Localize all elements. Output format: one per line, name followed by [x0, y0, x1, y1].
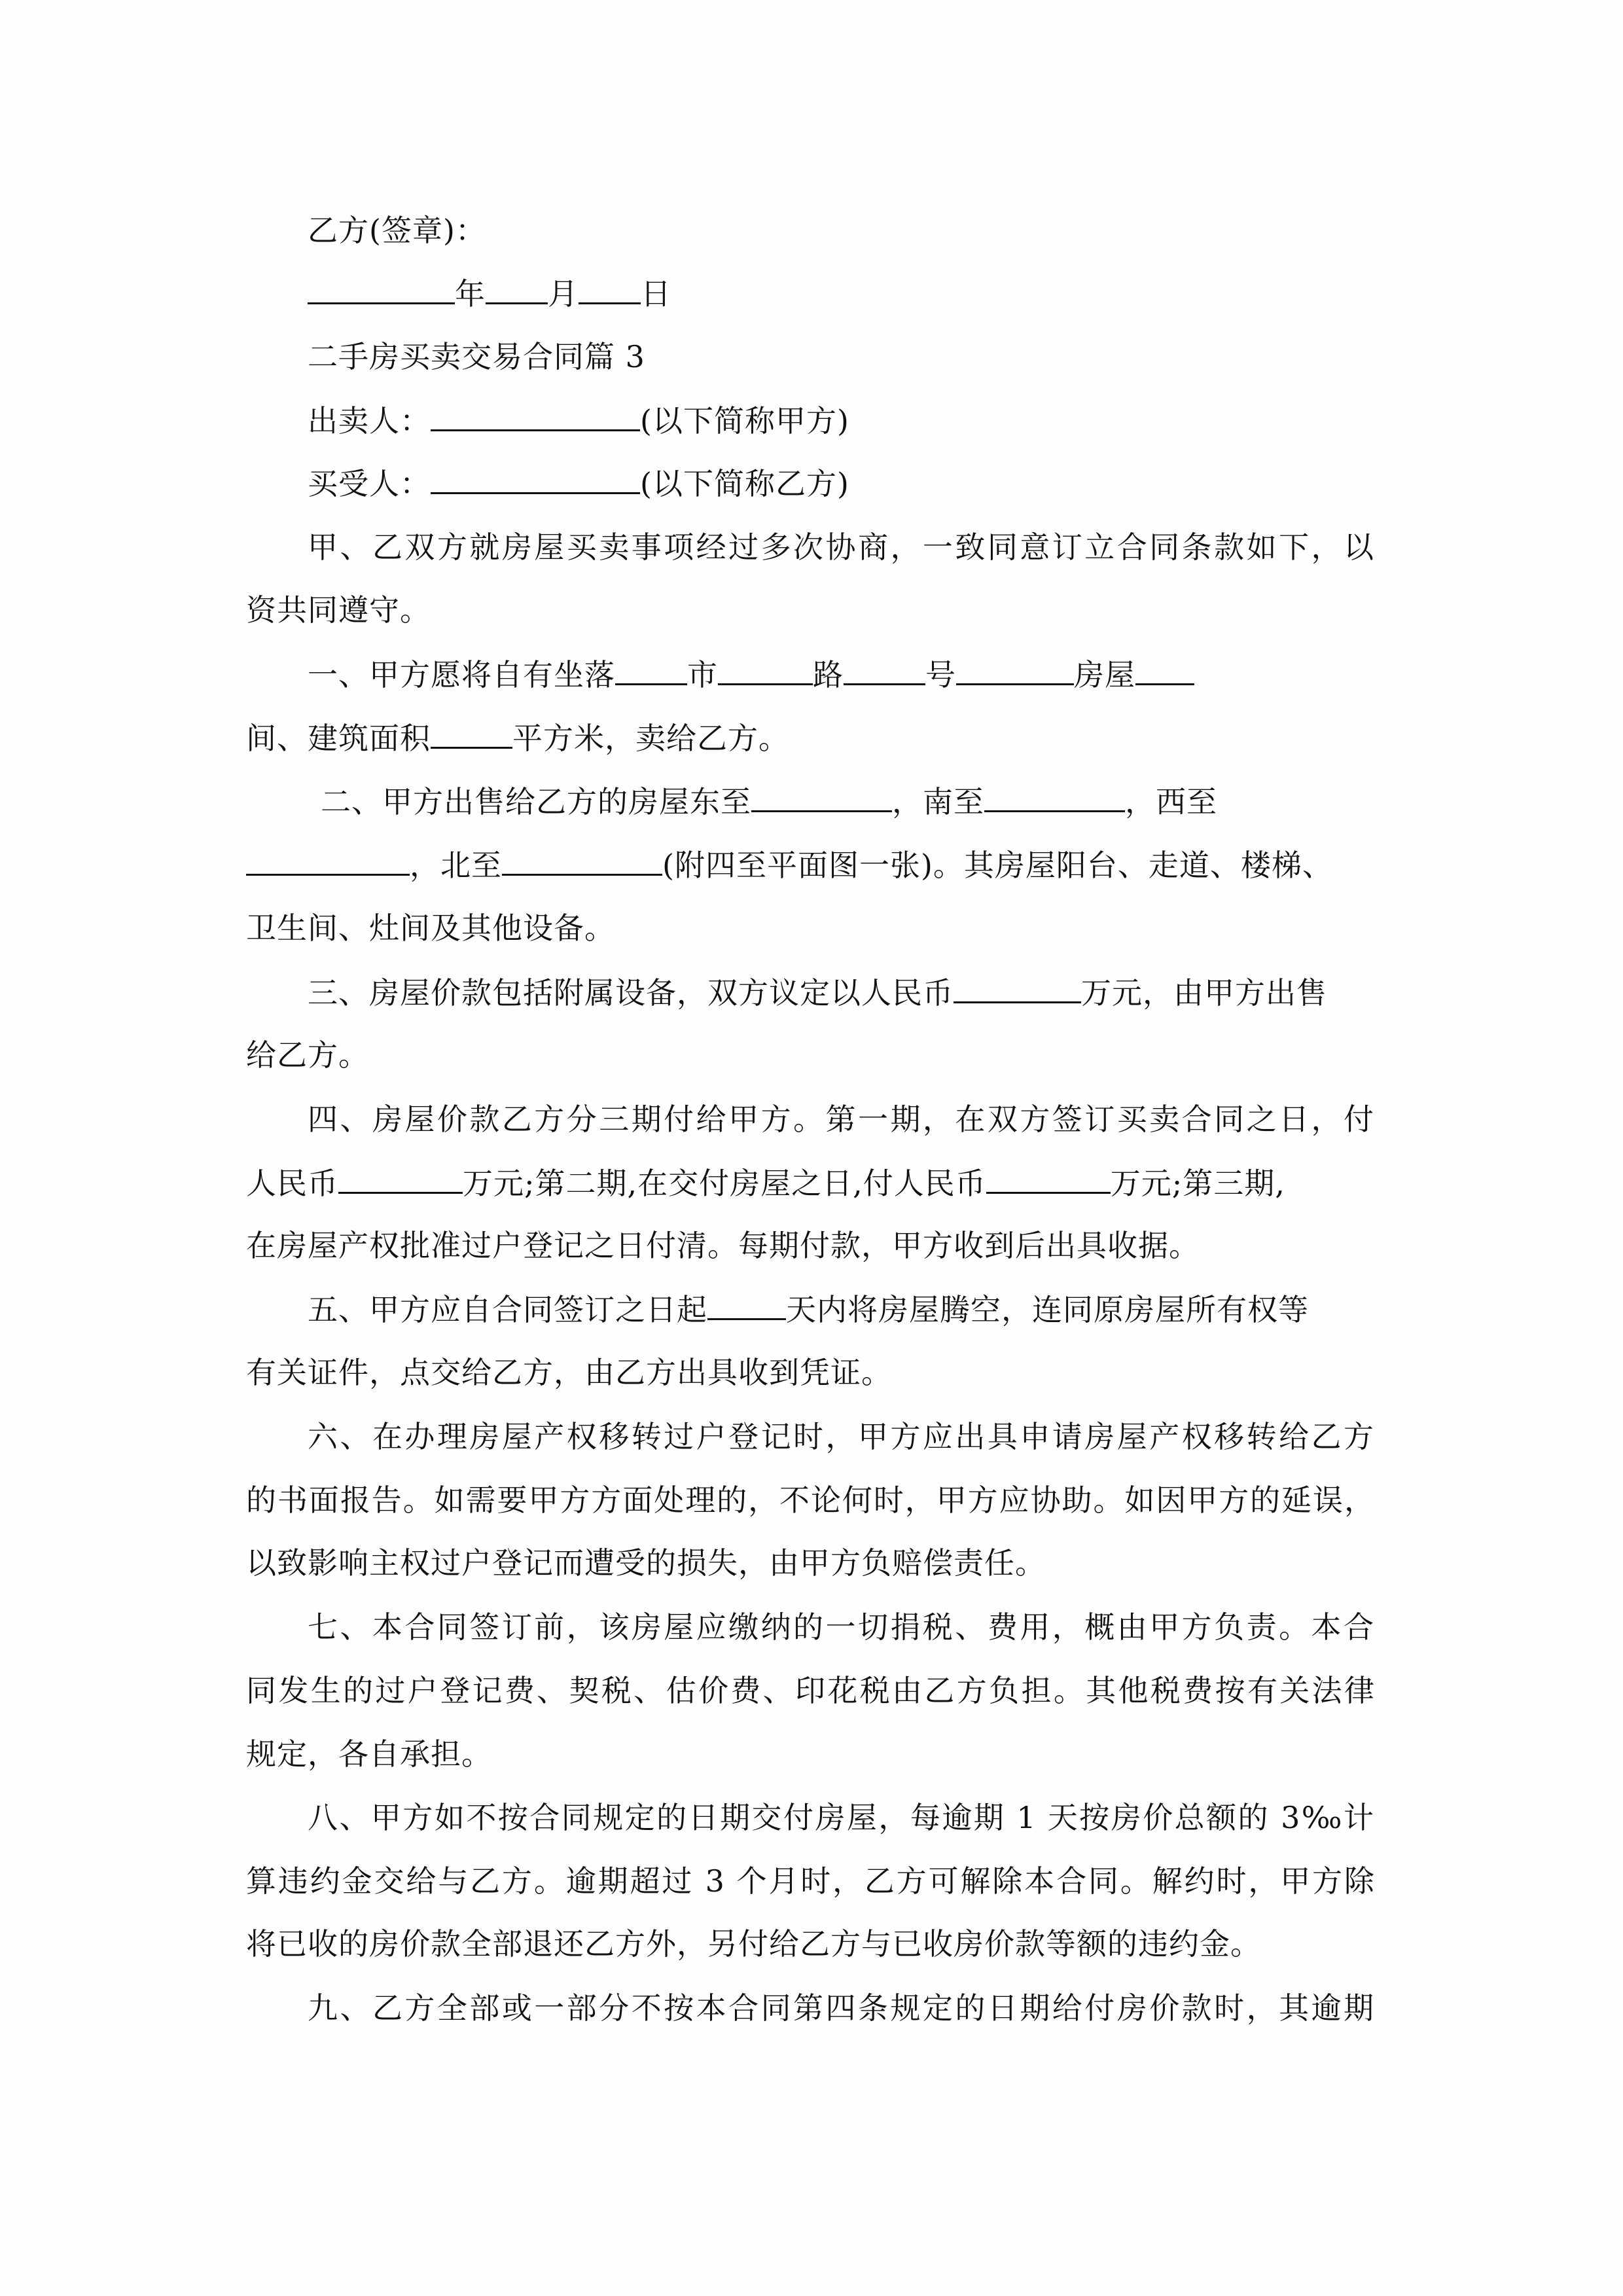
clause-8-line-3: 将已收的房价款全部退还乙方外，另付给乙方与已收房价款等额的违约金。 — [246, 1924, 1385, 1964]
south-boundary-blank[interactable] — [984, 781, 1125, 812]
paragraph-text: 万元，由甲方出售 — [1081, 975, 1327, 1011]
paragraph-text: 的书面报告。如需要甲方方面处理的，不论何时，甲方应协助。如因甲方的延误， — [246, 1482, 1375, 1518]
clause-4-line-1: 四、房屋价款乙方分三期付给甲方。第一期，在双方签订买卖合同之日，付 — [308, 1100, 1374, 1139]
paragraph-text: 天内将房屋腾空，连同原房屋所有权等 — [786, 1292, 1309, 1327]
year-label: 年 — [455, 276, 486, 312]
preamble-line-1: 甲、乙双方就房屋买卖事项经过多次协商，一致同意订立合同条款如下，以 — [308, 528, 1374, 567]
paragraph-text: 二、甲方出售给乙方的房屋东至 — [321, 784, 751, 819]
price-blank[interactable] — [954, 973, 1081, 1003]
clause-6-line-2: 的书面报告。如需要甲方方面处理的，不论何时，甲方应协助。如因甲方的延误， — [246, 1480, 1375, 1520]
number-blank[interactable] — [844, 655, 925, 685]
paragraph-text: 间、建筑面积 — [246, 721, 431, 756]
month-blank[interactable] — [486, 274, 548, 304]
clause-7-line-3: 规定，各自承担。 — [246, 1734, 1385, 1774]
east-boundary-blank[interactable] — [751, 781, 892, 812]
clause-1-line-1: 一、甲方愿将自有坐落市路号房屋 — [308, 655, 1446, 694]
day-label: 日 — [641, 276, 671, 312]
paragraph-text: 平方米，卖给乙方。 — [512, 721, 789, 756]
south-label: ，南至 — [892, 784, 984, 819]
preamble-line-2: 资共同遵守。 — [246, 590, 1385, 630]
section-title: 二手房买卖交易合同篇 3 — [308, 337, 1446, 376]
buyer-label: 买受人： — [308, 466, 431, 501]
clause-6-line-1: 六、在办理房屋产权移转过户登记时，甲方应出具申请房屋产权移转给乙方 — [308, 1417, 1374, 1456]
paragraph-text: 四、房屋价款乙方分三期付给甲方。第一期，在双方签订买卖合同之日，付 — [308, 1102, 1374, 1137]
area-blank[interactable] — [431, 718, 512, 749]
paragraph-text: 八、甲方如不按合同规定的日期交付房屋，每逾期 1 天按房价总额的 3‰计 — [308, 1800, 1374, 1835]
paragraph-text: 万元;第二期,在交付房屋之日,付人民币 — [463, 1166, 986, 1201]
road-blank[interactable] — [718, 655, 813, 685]
house-label: 房屋 — [1074, 657, 1135, 692]
clause-4-line-3: 在房屋产权批准过户登记之日付清。每期付款，甲方收到后出具收据。 — [246, 1226, 1385, 1265]
clause-2-line-1: 二、甲方出售给乙方的房屋东至，南至，西至 — [321, 781, 1459, 821]
paragraph-text: 七、本合同签订前，该房屋应缴纳的一切捐税、费用，概由甲方负责。本合 — [308, 1609, 1374, 1645]
seller-label: 出卖人： — [308, 403, 431, 439]
clause-2-line-2: ，北至(附四至平面图一张)。其房屋阳台、走道、楼梯、 — [246, 845, 1385, 884]
house-blank[interactable] — [956, 655, 1074, 685]
paragraph-text: 五、甲方应自合同签订之日起 — [308, 1292, 707, 1327]
city-blank[interactable] — [615, 655, 687, 685]
paragraph-text: 人民币 — [246, 1166, 338, 1201]
paragraph-text: 算违约金交给与乙方。逾期超过 3 个月时，乙方可解除本合同。解约时，甲方除 — [246, 1863, 1375, 1899]
clause-3-line-2: 给乙方。 — [246, 1035, 1385, 1075]
paragraph-text: 同发生的过户登记费、契税、估价费、印花税由乙方负担。其他税费按有关法律 — [246, 1673, 1375, 1708]
paragraph-text: 九、乙方全部或一部分不按本合同第四条规定的日期给付房价款时，其逾期 — [308, 1990, 1374, 2026]
paragraph-text: 一、甲方愿将自有坐落 — [308, 657, 615, 692]
document-page: 乙方(签章)： 年月日 二手房买卖交易合同篇 3 出卖人：(以下简称甲方) 买受… — [0, 0, 1623, 2296]
clause-7-line-2: 同发生的过户登记费、契税、估价费、印花税由乙方负担。其他税费按有关法律 — [246, 1671, 1375, 1710]
paragraph-text: 六、在办理房屋产权移转过户登记时，甲方应出具申请房屋产权移转给乙方 — [308, 1419, 1374, 1454]
paragraph-text: 三、房屋价款包括附属设备，双方议定以人民币 — [308, 975, 954, 1011]
north-label: ，北至 — [410, 848, 502, 883]
paragraph-text: 资共同遵守。 — [246, 592, 431, 628]
clause-8-line-2: 算违约金交给与乙方。逾期超过 3 个月时，乙方可解除本合同。解约时，甲方除 — [246, 1861, 1375, 1901]
clause-9-line-1: 九、乙方全部或一部分不按本合同第四条规定的日期给付房价款时，其逾期 — [308, 1988, 1374, 2028]
seller-blank[interactable] — [431, 401, 640, 431]
paragraph-text: 规定，各自承担。 — [246, 1736, 492, 1772]
day-blank[interactable] — [579, 274, 641, 304]
city-label: 市 — [687, 657, 718, 692]
signature-party-b: 乙方(签章)： — [308, 211, 1446, 250]
seller-line: 出卖人：(以下简称甲方) — [308, 401, 1446, 440]
buyer-line: 买受人：(以下简称乙方) — [308, 463, 1446, 503]
buyer-alias: (以下简称乙方) — [640, 466, 849, 501]
clause-3-line-1: 三、房屋价款包括附属设备，双方议定以人民币万元，由甲方出售 — [308, 973, 1446, 1012]
clause-6-line-3: 以致影响主权过户登记而遭受的损失，由甲方负赔偿责任。 — [246, 1543, 1385, 1583]
clause-5-line-2: 有关证件，点交给乙方，由乙方出具收到凭证。 — [246, 1353, 1385, 1392]
days-blank[interactable] — [707, 1289, 786, 1320]
number-label: 号 — [925, 657, 956, 692]
paragraph-text: 给乙方。 — [246, 1037, 369, 1073]
clause-5-line-1: 五、甲方应自合同签订之日起天内将房屋腾空，连同原房屋所有权等 — [308, 1289, 1446, 1329]
west-label: ，西至 — [1125, 784, 1217, 819]
paragraph-text: 在房屋产权批准过户登记之日付清。每期付款，甲方收到后出具收据。 — [246, 1228, 1200, 1263]
clause-2-line-3: 卫生间、灶间及其他设备。 — [246, 908, 1385, 948]
second-payment-blank[interactable] — [986, 1163, 1111, 1194]
clause-1-line-2: 间、建筑面积平方米，卖给乙方。 — [246, 718, 1385, 757]
north-boundary-blank[interactable] — [502, 845, 662, 876]
month-label: 月 — [548, 276, 579, 312]
room-count-blank[interactable] — [1135, 655, 1194, 685]
paragraph-text: 甲、乙双方就房屋买卖事项经过多次协商，一致同意订立合同条款如下，以 — [308, 529, 1374, 565]
party-b-signature-label: 乙方(签章)： — [308, 213, 486, 248]
road-label: 路 — [813, 657, 844, 692]
west-boundary-blank[interactable] — [246, 845, 410, 876]
paragraph-text: 卫生间、灶间及其他设备。 — [246, 910, 615, 946]
paragraph-text: 有关证件，点交给乙方，由乙方出具收到凭证。 — [246, 1355, 892, 1390]
paragraph-text: (附四至平面图一张)。其房屋阳台、走道、楼梯、 — [662, 848, 1333, 883]
clause-7-line-1: 七、本合同签订前，该房屋应缴纳的一切捐税、费用，概由甲方负责。本合 — [308, 1607, 1374, 1647]
contract-title: 二手房买卖交易合同篇 3 — [308, 339, 645, 374]
paragraph-text: 以致影响主权过户登记而遭受的损失，由甲方负赔偿责任。 — [246, 1545, 1046, 1581]
paragraph-text: 将已收的房价款全部退还乙方外，另付给乙方与已收房价款等额的违约金。 — [246, 1926, 1261, 1962]
buyer-blank[interactable] — [431, 463, 640, 494]
clause-8-line-1: 八、甲方如不按合同规定的日期交付房屋，每逾期 1 天按房价总额的 3‰计 — [308, 1798, 1374, 1837]
date-line: 年月日 — [308, 274, 1446, 313]
paragraph-text: 万元;第三期, — [1111, 1166, 1285, 1201]
clause-4-line-2: 人民币万元;第二期,在交付房屋之日,付人民币万元;第三期, — [246, 1163, 1385, 1202]
seller-alias: (以下简称甲方) — [640, 403, 849, 439]
year-blank[interactable] — [308, 274, 455, 304]
first-payment-blank[interactable] — [338, 1163, 463, 1194]
